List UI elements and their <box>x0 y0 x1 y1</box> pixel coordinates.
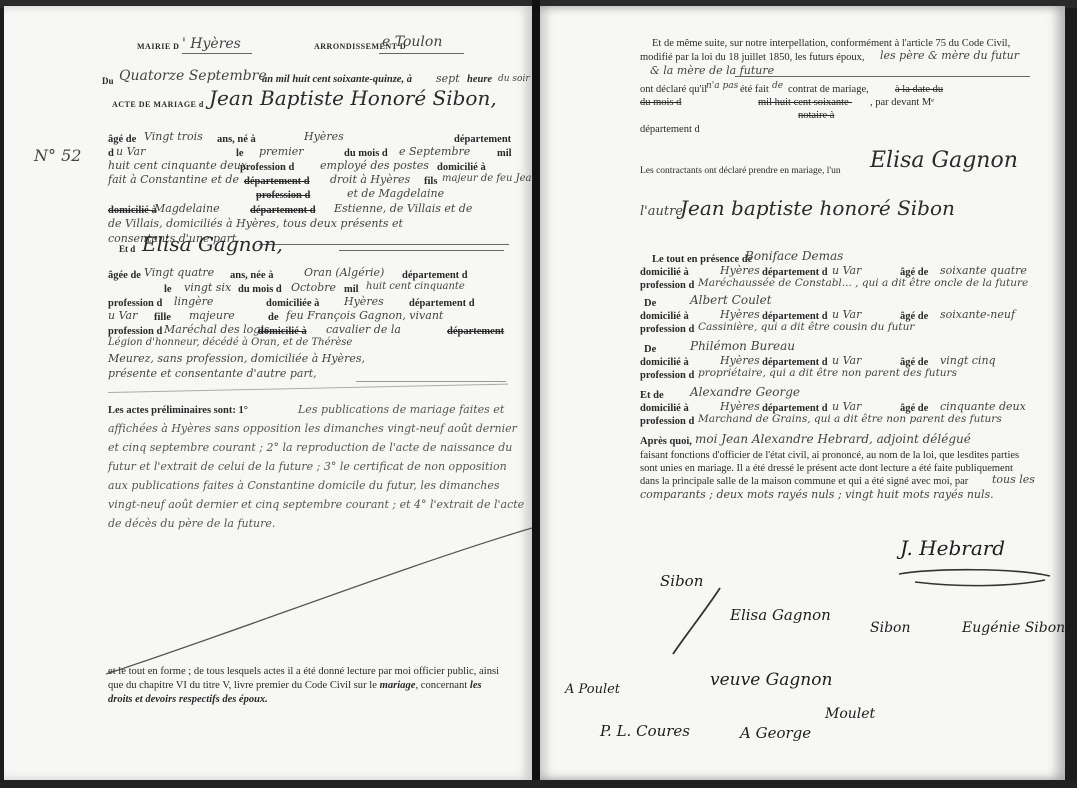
bride-age: Vingt quatre <box>144 266 214 279</box>
groom-birthplace: Hyères <box>304 130 344 143</box>
bride-birthplace: Oran (Algérie) <box>304 266 384 279</box>
witness-profession: Marchand de Grains, qui a dit être non p… <box>698 413 1002 425</box>
mairie-label: MAIRIE D <box>137 42 179 51</box>
witness-domicile-label: domicilié à <box>640 267 689 278</box>
contract-line-2: modifié par la loi du 18 juillet 1850, l… <box>640 52 865 63</box>
bride-status: majeure <box>189 309 235 322</box>
conclusion-line-3: sont unies en mariage. Il a été dressé l… <box>640 463 1013 474</box>
contract-line-4a: ont déclaré qu'il <box>640 84 707 95</box>
witness-domicile: Hyères <box>720 264 760 277</box>
groom-mil-label: mil <box>497 148 512 159</box>
conclusion-line-4-hw: tous les <box>992 473 1035 486</box>
bride-consent: présente et consentante d'autre part, <box>108 367 317 380</box>
groom-fils-label: fils <box>424 176 437 187</box>
contract-line-7: département d <box>640 124 700 135</box>
witness-domicile: Hyères <box>720 400 760 413</box>
cancellation-stroke <box>104 526 532 676</box>
groom-profession: employé des postes <box>320 159 429 172</box>
bride-ans-label: ans, née à <box>230 270 273 281</box>
witness-name: Philémon Bureau <box>690 339 795 353</box>
groom-domicile-label: domicilié à <box>437 162 486 173</box>
signature-eugenie: Eugénie Sibon <box>962 620 1065 636</box>
witness-intro: De <box>644 298 656 309</box>
witness-domicile: Hyères <box>720 308 760 321</box>
bride-de-label: de <box>268 312 279 323</box>
contract-line-5c: , par devant Mᵉ <box>870 97 934 108</box>
bride-dept-label: département d <box>402 270 468 281</box>
bride-dept: u Var <box>108 309 137 322</box>
groom-le-label: le <box>236 148 244 159</box>
witness-age: soixante quatre <box>940 264 1027 277</box>
contractants-first: Elisa Gagnon <box>870 148 1018 173</box>
witness-profession-label: profession d <box>640 324 694 335</box>
bride-dept-struck: département <box>447 326 504 337</box>
arrondissement-value: e Toulon <box>382 34 442 50</box>
groom-father: majeur de feu Jean Sibon <box>442 173 532 184</box>
witness-name: Albert Coulet <box>690 293 772 307</box>
witness-domicile-label: domicilié à <box>640 403 689 414</box>
witness-profession-label: profession d <box>640 416 694 427</box>
bride-profession: lingère <box>174 295 213 308</box>
officer-name: moi Jean Alexandre Hebrard, adjoint délé… <box>695 432 971 446</box>
right-page: Et de même suite, sur notre interpellati… <box>540 6 1065 780</box>
groom-age: Vingt trois <box>144 130 203 143</box>
contract-line-4-hw2: de <box>772 81 783 91</box>
bride-birth-year: huit cent cinquante <box>366 281 465 292</box>
date-prefix: Du <box>102 76 114 86</box>
date-day-month: Quatorze Septembre <box>119 68 267 84</box>
witness-domicile-label: domicilié à <box>640 357 689 368</box>
groom-dept: u Var <box>116 145 145 158</box>
book-spine <box>532 0 540 788</box>
groom-ans-label: ans, né à <box>217 134 256 145</box>
contractants-second-prefix: l'autre <box>640 204 683 219</box>
bride-domicile-struck: domicilié à <box>258 326 307 337</box>
bride-profession-label: profession d <box>108 298 162 309</box>
bride-intro: Et d <box>119 244 135 254</box>
bride-domicile: Hyères <box>344 295 384 308</box>
groom-profession-label: profession d <box>240 162 294 173</box>
witness-dept: u Var <box>832 308 861 321</box>
signature-poulet: A Poulet <box>565 682 620 697</box>
groom-age-label: âgé de <box>108 134 136 145</box>
groom-d-label: d <box>108 148 114 159</box>
contract-line-5a: du mois d <box>640 97 681 108</box>
date-hour-suffix: du soir <box>498 74 530 84</box>
witness-domicile: Hyères <box>720 354 760 367</box>
groom-dept-label: département <box>454 134 511 145</box>
witness-age: vingt cinq <box>940 354 996 367</box>
date-printed-year: an mil huit cent soixante-quinze, à <box>262 74 412 85</box>
witness-profession-label: profession d <box>640 370 694 381</box>
witness-dept: u Var <box>832 400 861 413</box>
groom-domicile: fait à Constantine et de <box>108 173 239 186</box>
closing-line-1: et le tout en forme ; de tous lesquels a… <box>108 666 499 677</box>
bride-mil-label: mil <box>344 284 359 295</box>
date-hour-value: sept <box>436 72 460 85</box>
contract-line-4-struck: à la date du <box>895 84 943 95</box>
bride-father-note2: Légion d'honneur, décédé à Oran, et de T… <box>108 337 352 348</box>
conclusion-line-5-hw: comparants ; deux mots rayés nuls ; ving… <box>640 488 994 501</box>
contract-line-6: notaire à <box>798 110 834 121</box>
signature-flourish <box>895 566 1055 588</box>
conclusion-line-2: faisant fonctions d'officier de l'état c… <box>640 450 1019 461</box>
witness-profession: propriétaire, qui a dit être non parent … <box>698 367 957 379</box>
bride-dept-label2: département d <box>409 298 475 309</box>
closing-les: les <box>470 680 482 691</box>
register-number: N° 52 <box>34 146 81 165</box>
groom-mother-line: de Villais, domiciliés à Hyères, tous de… <box>108 217 403 230</box>
groom-dept-value: droit à Hyères <box>330 173 410 186</box>
contractants-second: Jean baptiste honoré Sibon <box>680 196 955 220</box>
closing-mariage: mariage <box>380 680 416 691</box>
contract-line-2-hw: les père & mère du futur <box>880 49 1019 62</box>
groom-mother-name: Estienne, de Villais et de <box>334 202 472 215</box>
signature-stroke <box>665 586 725 656</box>
groom-mother: Magdelaine <box>154 202 220 215</box>
contract-line-5b: mil huit cent soixante- <box>758 97 852 108</box>
groom-birth-month: e Septembre <box>399 145 470 158</box>
bride-father-note: cavalier de la <box>326 323 401 336</box>
groom-profession-struck: profession d <box>256 190 310 201</box>
groom-birth-day: premier <box>259 145 304 158</box>
contract-line-4b: été fait <box>740 84 769 95</box>
signature-officer: J. Hebrard <box>900 536 1005 560</box>
bride-father: feu François Gagnon, vivant <box>286 309 443 322</box>
bride-le-label: le <box>164 284 172 295</box>
witness-profession: Maréchaussée de Constabl... , qui a dit … <box>698 277 1028 289</box>
witness-dept: u Var <box>832 264 861 277</box>
bride-birth-month: Octobre <box>291 281 336 294</box>
contract-line-1: Et de même suite, sur notre interpellati… <box>652 38 1010 49</box>
contract-line-4c: contrat de mariage, <box>788 84 869 95</box>
signature-moulet: Moulet <box>825 706 875 722</box>
witness-name: Boniface Demas <box>745 249 843 263</box>
signature-coures: P. L. Coures <box>600 722 690 740</box>
closing-line-2b: , concernant <box>415 680 467 691</box>
witness-dept: u Var <box>832 354 861 367</box>
groom-dept-struck: département d <box>244 176 310 187</box>
closing-line-3: droits et devoirs respectifs des époux. <box>108 694 268 705</box>
mairie-value: ' Hyères <box>182 36 241 52</box>
closing-line-2a: que du chapitre VI du titre V, livre pre… <box>108 680 377 691</box>
witness-age: cinquante deux <box>940 400 1026 413</box>
bride-fille-label: fille <box>154 312 171 323</box>
groom-name: Jean Baptiste Honoré Sibon, <box>209 86 497 110</box>
contractants-label: Les contractants ont déclaré prendre en … <box>640 166 841 176</box>
groom-dept-struck2: département d <box>250 205 316 216</box>
witness-profession: Cassinière, qui a dit être cousin du fut… <box>698 321 914 333</box>
scan-bottom-edge <box>0 780 1077 788</box>
contract-line-4-hw: n'a pas <box>706 81 738 91</box>
witness-domicile-label: domicilié à <box>640 311 689 322</box>
groom-mois-label: du mois d <box>344 148 388 159</box>
groom-birth-year: huit cent cinquante deux <box>108 159 247 172</box>
bride-profession-label2: profession d <box>108 326 162 337</box>
closing-line-2: que du chapitre VI du titre V, livre pre… <box>108 680 482 691</box>
signature-sibon-2: Sibon <box>870 620 910 636</box>
witness-intro: Et de <box>640 390 664 401</box>
date-hour-label: heure <box>467 74 492 85</box>
witness-name: Alexandre George <box>690 385 800 399</box>
signature-george: A George <box>740 724 811 742</box>
signature-bride: Elisa Gagnon <box>730 606 831 624</box>
bride-birth-day: vingt six <box>184 281 231 294</box>
witness-age: soixante-neuf <box>940 308 1015 321</box>
signature-veuve-gagnon: veuve Gagnon <box>710 670 832 690</box>
groom-domicile-struck: domicilié à <box>108 205 157 216</box>
left-page: MAIRIE D ' Hyères ARRONDISSEMENT D e Tou… <box>4 6 532 780</box>
bride-name: Elisa Gagnon, <box>142 232 283 256</box>
conclusion-line-4: dans la principale salle de la maison co… <box>640 476 968 487</box>
apres-label: Après quoi, <box>640 436 692 447</box>
bride-mother-line: Meurez, sans profession, domiciliée à Hy… <box>108 352 365 365</box>
witness-profession-label: profession d <box>640 280 694 291</box>
bride-mois-label: du mois d <box>238 284 282 295</box>
bride-age-label: âgée de <box>108 270 141 281</box>
witness-intro: De <box>644 344 656 355</box>
bride-domicile-label: domiciliée à <box>266 298 319 309</box>
groom-father-note: et de Magdelaine <box>347 187 444 200</box>
preliminary-text: Les publications de mariage faites et af… <box>108 400 528 533</box>
acte-label: ACTE DE MARIAGE d <box>112 100 204 109</box>
bride-father-profession: Maréchal des logis <box>164 323 269 336</box>
